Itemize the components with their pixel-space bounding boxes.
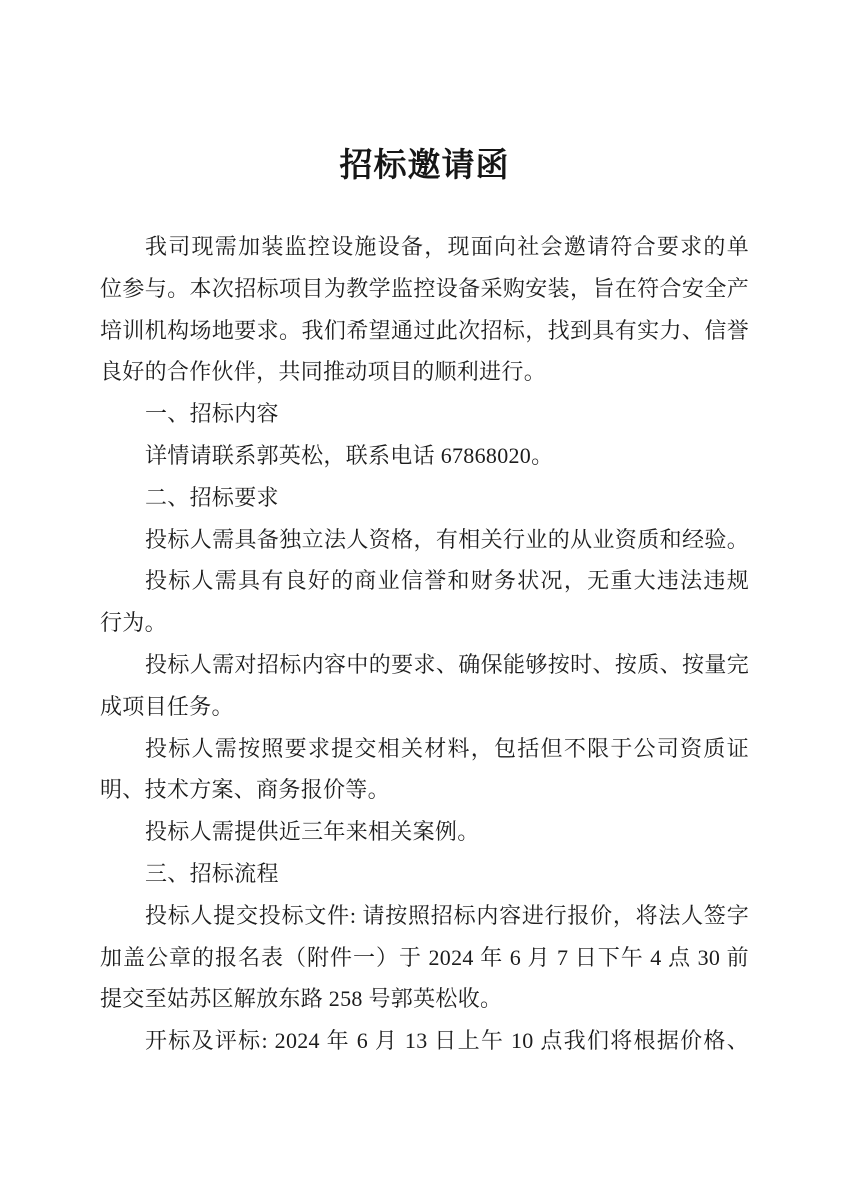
document-body: 我司现需加装监控设施设备，现面向社会邀请符合要求的单 位参与。本次招标项目为教学… [100, 226, 749, 1062]
text-line: 成项目任务。 [100, 686, 749, 728]
document-page: 招标邀请函 我司现需加装监控设施设备，现面向社会邀请符合要求的单 位参与。本次招… [0, 0, 849, 1200]
section-heading: 三、招标流程 [100, 853, 749, 895]
document-title: 招标邀请函 [100, 142, 749, 188]
text-line: 投标人需提供近三年来相关案例。 [100, 811, 749, 853]
text-line: 明、技术方案、商务报价等。 [100, 769, 749, 811]
text-line: 投标人需按照要求提交相关材料，包括但不限于公司资质证 [100, 728, 749, 770]
text-line: 位参与。本次招标项目为教学监控设备采购安装，旨在符合安全产 [100, 268, 749, 310]
text-line: 投标人提交投标文件: 请按照招标内容进行报价，将法人签字 [100, 895, 749, 937]
text-line: 加盖公章的报名表（附件一）于 2024 年 6 月 7 日下午 4 点 30 前 [100, 937, 749, 979]
text-line: 提交至姑苏区解放东路 258 号郭英松收。 [100, 978, 749, 1020]
text-line: 我司现需加装监控设施设备，现面向社会邀请符合要求的单 [100, 226, 749, 268]
text-line: 培训机构场地要求。我们希望通过此次招标，找到具有实力、信誉 [100, 310, 749, 352]
text-line: 投标人需具备独立法人资格，有相关行业的从业资质和经验。 [100, 519, 749, 561]
section-heading: 二、招标要求 [100, 477, 749, 519]
text-line: 良好的合作伙伴，共同推动项目的顺利进行。 [100, 351, 749, 393]
text-line: 开标及评标: 2024 年 6 月 13 日上午 10 点我们将根据价格、 [100, 1020, 749, 1062]
text-line: 详情请联系郭英松，联系电话 67868020。 [100, 435, 749, 477]
text-line: 投标人需对招标内容中的要求、确保能够按时、按质、按量完 [100, 644, 749, 686]
text-line: 投标人需具有良好的商业信誉和财务状况，无重大违法违规 [100, 560, 749, 602]
section-heading: 一、招标内容 [100, 393, 749, 435]
text-line: 行为。 [100, 602, 749, 644]
